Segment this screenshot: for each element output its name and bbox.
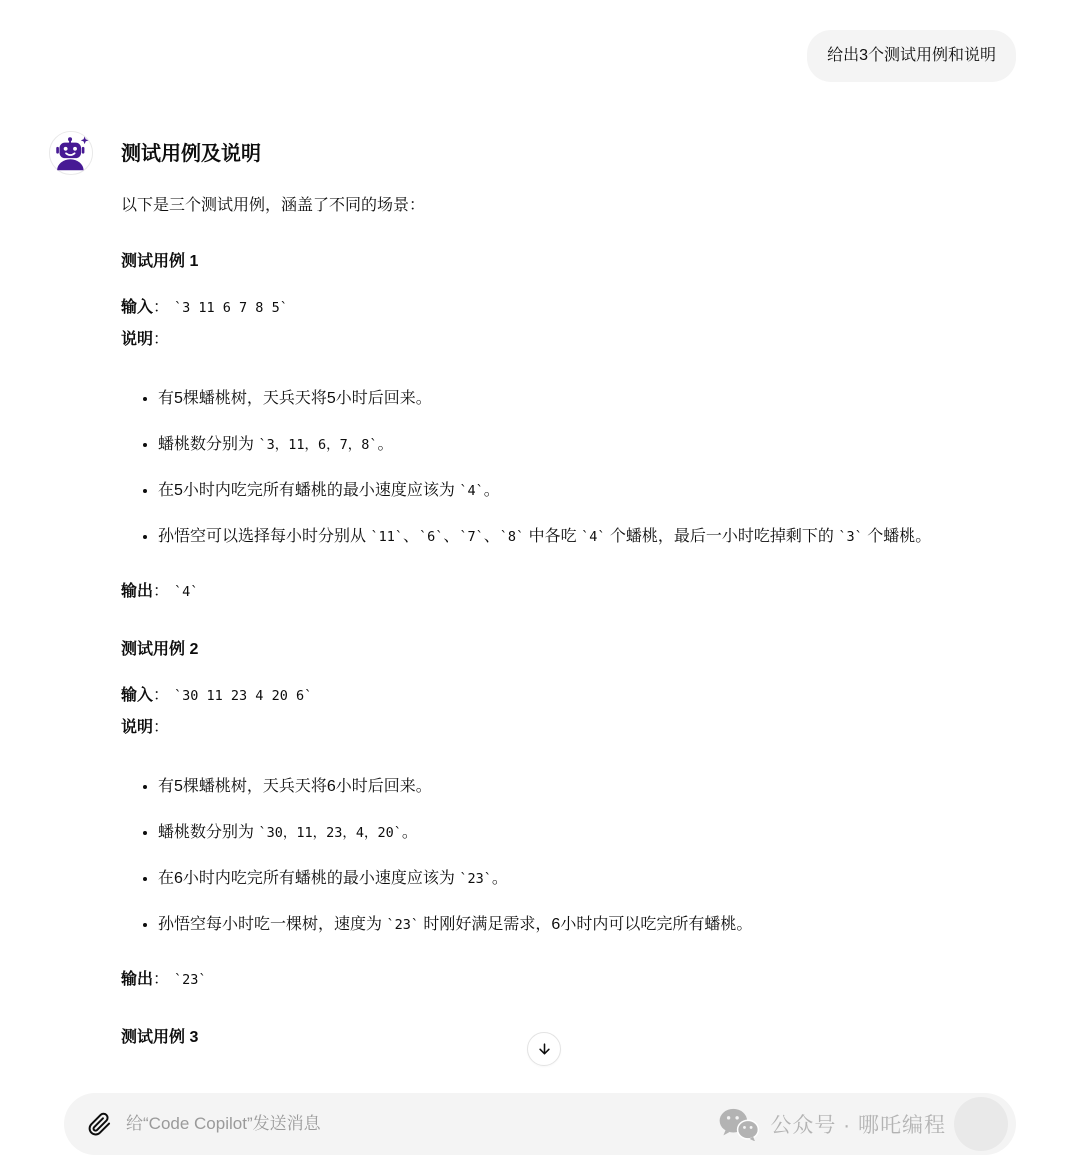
intro-paragraph: 以下是三个测试用例，涵盖了不同的场景： (121, 192, 1016, 220)
colon: ： (153, 971, 169, 988)
output-code: `4` (174, 584, 198, 600)
robot-avatar-icon (48, 130, 94, 176)
case-2-output-line: 输出：`23` (121, 966, 1016, 994)
input-label: 输入 (121, 687, 153, 704)
bullet-item: 蟠桃数分别为 `3，11，6，7，8`。 (158, 428, 1016, 462)
case-1-bullet-list: 有5棵蟠桃树，天兵天将5小时后回来。 蟠桃数分别为 `3，11，6，7，8`。 … (121, 382, 1016, 554)
send-button[interactable] (954, 1097, 1008, 1151)
colon: ： (153, 719, 169, 736)
explain-label: 说明 (121, 331, 153, 348)
colon: ： (153, 299, 169, 316)
output-code: `23` (174, 972, 207, 988)
bullet-item: 有5棵蟠桃树，天兵天将6小时后回来。 (158, 770, 1016, 804)
case-2-title: 测试用例 2 (121, 636, 1016, 664)
input-label: 输入 (121, 299, 153, 316)
attach-file-button[interactable] (86, 1111, 112, 1137)
explain-label: 说明 (121, 719, 153, 736)
arrow-down-icon (536, 1041, 553, 1058)
chat-page: 给出3个测试用例和说明 (0, 0, 1080, 1169)
input-code: `30 11 23 4 20 6` (174, 688, 312, 704)
message-composer[interactable]: 公众号 · 哪吒编程 (64, 1093, 1016, 1155)
input-code: `3 11 6 7 8 5` (174, 300, 288, 316)
assistant-message-body: 测试用例及说明 以下是三个测试用例，涵盖了不同的场景： 测试用例 1 输入：`3… (121, 130, 1016, 1052)
bullet-item: 在5小时内吃完所有蟠桃的最小速度应该为 `4`。 (158, 474, 1016, 508)
case-2-bullet-list: 有5棵蟠桃树，天兵天将6小时后回来。 蟠桃数分别为 `30，11，23，4，20… (121, 770, 1016, 942)
case-2-input-line: 输入：`30 11 23 4 20 6` 说明： (121, 680, 1016, 744)
message-heading: 测试用例及说明 (121, 140, 1016, 168)
case-1-title: 测试用例 1 (121, 248, 1016, 276)
colon: ： (153, 583, 169, 600)
colon: ： (153, 687, 169, 704)
scroll-to-bottom-button[interactable] (527, 1032, 561, 1066)
output-label: 输出 (121, 971, 153, 988)
bullet-item: 蟠桃数分别为 `30，11，23，4，20`。 (158, 816, 1016, 850)
bullet-item: 在6小时内吃完所有蟠桃的最小速度应该为 `23`。 (158, 862, 1016, 896)
paperclip-icon (87, 1112, 112, 1137)
assistant-message-row: 测试用例及说明 以下是三个测试用例，涵盖了不同的场景： 测试用例 1 输入：`3… (48, 130, 1016, 1052)
user-message-bubble: 给出3个测试用例和说明 (807, 30, 1016, 82)
case-1-output-line: 输出：`4` (121, 578, 1016, 606)
case-1-input-line: 输入：`3 11 6 7 8 5` 说明： (121, 292, 1016, 356)
user-message-row: 给出3个测试用例和说明 (48, 30, 1016, 82)
chat-thread: 给出3个测试用例和说明 (0, 0, 1080, 1052)
bullet-item: 有5棵蟠桃树，天兵天将5小时后回来。 (158, 382, 1016, 416)
output-label: 输出 (121, 583, 153, 600)
case-3-title: 测试用例 3 (121, 1024, 1016, 1052)
bullet-item: 孙悟空每小时吃一棵树，速度为 `23` 时刚好满足需求，6小时内可以吃完所有蟠桃… (158, 908, 1016, 942)
avatar (48, 130, 94, 176)
colon: ： (153, 331, 169, 348)
message-input[interactable] (126, 1114, 994, 1134)
bullet-item: 孙悟空可以选择每小时分别从 `11`、`6`、`7`、`8` 中各吃 `4` 个… (158, 520, 1016, 554)
